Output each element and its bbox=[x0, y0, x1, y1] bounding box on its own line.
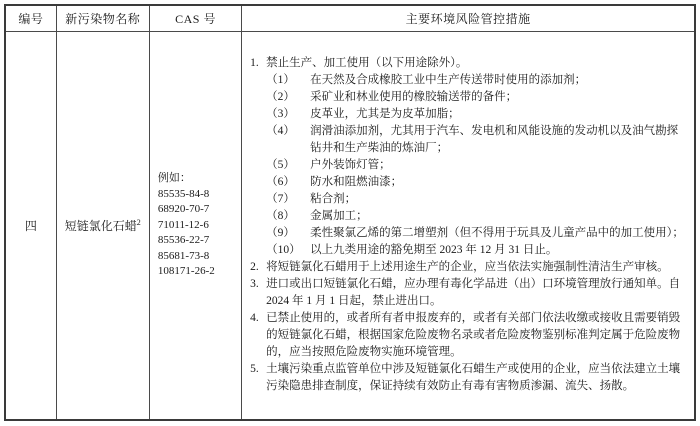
cas-number: 85535-84-8 bbox=[158, 187, 239, 203]
measure-item-4: 4. 已禁止使用的，或者所有者申报废弃的，或者有关部门依法收缴或接收且需要销毁的… bbox=[250, 310, 686, 361]
measure-number: 3. bbox=[250, 276, 266, 293]
measure-subitem: （10） 以上九类用途的豁免期至 2023 年 12 月 31 日止。 bbox=[266, 242, 686, 259]
cas-number: 68920-70-7 bbox=[158, 202, 239, 218]
measure-text: 进口或出口短链氯化石蜡，应办理有毒化学品进（出）口环境管理放行通知单。自 202… bbox=[266, 276, 686, 310]
cas-label: 例如： bbox=[158, 171, 239, 187]
subitem-number: （3） bbox=[266, 106, 310, 123]
subitem-number: （2） bbox=[266, 89, 310, 106]
measure-number: 1. bbox=[250, 55, 266, 72]
pollutant-name: 短链氯化石蜡 bbox=[65, 219, 137, 233]
measure-text: 禁止生产、加工使用（以下用途除外）。 bbox=[266, 55, 686, 72]
measure-subitem: （2） 采矿业和林业使用的橡胶输送带的备件； bbox=[266, 89, 686, 106]
measure-number: 4. bbox=[250, 310, 266, 327]
subitem-text: 户外装饰灯管； bbox=[310, 157, 686, 174]
measure-subitem: （3） 皮革业，尤其是为皮革加脂； bbox=[266, 106, 686, 123]
subitem-number: （10） bbox=[266, 242, 310, 259]
subitem-text: 润滑油添加剂，尤其用于汽车、发电机和风能设施的发动机以及油气勘探钻井和生产柴油的… bbox=[310, 123, 686, 157]
subitem-number: （4） bbox=[266, 123, 310, 140]
col-header-pollutant-name: 新污染物名称 bbox=[56, 5, 149, 31]
measure-subitem: （6） 防水和阻燃油漆； bbox=[266, 174, 686, 191]
measures-cell: 1. 禁止生产、加工使用（以下用途除外）。 （1） 在天然及合成橡胶工业中生产传… bbox=[242, 31, 695, 420]
subitem-number: （6） bbox=[266, 174, 310, 191]
subitem-text: 以上九类用途的豁免期至 2023 年 12 月 31 日止。 bbox=[310, 242, 686, 259]
subitem-text: 在天然及合成橡胶工业中生产传送带时使用的添加剂； bbox=[310, 72, 686, 89]
measure-subitem: （7） 粘合剂； bbox=[266, 191, 686, 208]
measure-text: 将短链氯化石蜡用于上述用途生产的企业，应当依法实施强制性清洁生产审核。 bbox=[266, 259, 686, 276]
measure-number: 2. bbox=[250, 259, 266, 276]
cas-cell: 例如： 85535-84-8 68920-70-7 71011-12-6 855… bbox=[149, 31, 241, 420]
cas-number: 85681-73-8 bbox=[158, 249, 239, 265]
subitem-number: （1） bbox=[266, 72, 310, 89]
subitem-number: （5） bbox=[266, 157, 310, 174]
cas-number: 71011-12-6 bbox=[158, 218, 239, 234]
measure-text: 已禁止使用的，或者所有者申报废弃的，或者有关部门依法收缴或接收且需要销毁的短链氯… bbox=[266, 310, 686, 361]
subitem-number: （7） bbox=[266, 191, 310, 208]
measure-subitem: （1） 在天然及合成橡胶工业中生产传送带时使用的添加剂； bbox=[266, 72, 686, 89]
subitem-number: （8） bbox=[266, 208, 310, 225]
measure-subitem: （9） 柔性聚氯乙烯的第二增塑剂（但不得用于玩具及儿童产品中的加工使用）； bbox=[266, 225, 686, 242]
subitem-number: （9） bbox=[266, 225, 310, 242]
measure-subitem: （4） 润滑油添加剂，尤其用于汽车、发电机和风能设施的发动机以及油气勘探钻井和生… bbox=[266, 123, 686, 157]
header-row: 编号 新污染物名称 CAS 号 主要环境风险管控措施 bbox=[5, 5, 695, 31]
measure-subitem: （5） 户外装饰灯管； bbox=[266, 157, 686, 174]
col-header-number: 编号 bbox=[5, 5, 56, 31]
subitem-text: 防水和阻燃油漆； bbox=[310, 174, 686, 191]
subitem-text: 柔性聚氯乙烯的第二增塑剂（但不得用于玩具及儿童产品中的加工使用）； bbox=[310, 225, 686, 242]
measure-item-1: 1. 禁止生产、加工使用（以下用途除外）。 （1） 在天然及合成橡胶工业中生产传… bbox=[250, 55, 686, 259]
row-number-cell: 四 bbox=[5, 31, 56, 420]
col-header-cas: CAS 号 bbox=[149, 5, 241, 31]
pollutant-name-cell: 短链氯化石蜡2 bbox=[56, 31, 149, 420]
subitem-text: 采矿业和林业使用的橡胶输送带的备件； bbox=[310, 89, 686, 106]
cas-number: 108171-26-2 bbox=[158, 264, 239, 280]
document-page: 编号 新污染物名称 CAS 号 主要环境风险管控措施 四 短链氯化石蜡2 例如：… bbox=[0, 0, 700, 426]
col-header-measures: 主要环境风险管控措施 bbox=[242, 5, 695, 31]
subitem-text: 粘合剂； bbox=[310, 191, 686, 208]
pollutant-name-superscript: 2 bbox=[137, 218, 141, 227]
measure-subitem: （8） 金属加工； bbox=[266, 208, 686, 225]
pollutant-control-table: 编号 新污染物名称 CAS 号 主要环境风险管控措施 四 短链氯化石蜡2 例如：… bbox=[4, 4, 696, 421]
measure-number: 5. bbox=[250, 361, 266, 378]
measure-item-3: 3. 进口或出口短链氯化石蜡，应办理有毒化学品进（出）口环境管理放行通知单。自 … bbox=[250, 276, 686, 310]
cas-number: 85536-22-7 bbox=[158, 233, 239, 249]
measure-text: 土壤污染重点监管单位中涉及短链氯化石蜡生产或使用的企业，应当依法建立土壤污染隐患… bbox=[266, 361, 686, 395]
measure-item-2: 2. 将短链氯化石蜡用于上述用途生产的企业，应当依法实施强制性清洁生产审核。 bbox=[250, 259, 686, 276]
subitem-text: 金属加工； bbox=[310, 208, 686, 225]
subitem-text: 皮革业，尤其是为皮革加脂； bbox=[310, 106, 686, 123]
table-row: 四 短链氯化石蜡2 例如： 85535-84-8 68920-70-7 7101… bbox=[5, 31, 695, 420]
measure-item-5: 5. 土壤污染重点监管单位中涉及短链氯化石蜡生产或使用的企业，应当依法建立土壤污… bbox=[250, 361, 686, 395]
